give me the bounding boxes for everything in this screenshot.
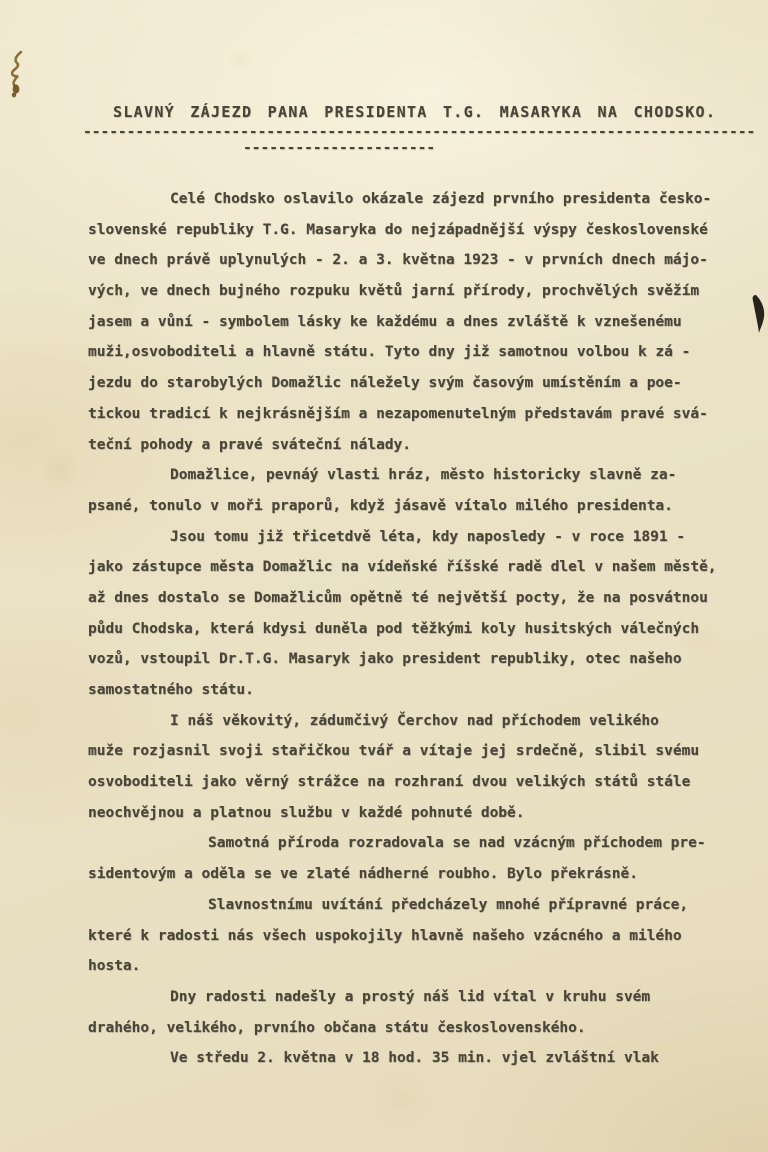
text-line: teční pohody a pravé sváteční nálady. xyxy=(88,430,748,461)
text-line: které k radosti nás všech uspokojily hla… xyxy=(88,921,748,952)
text-line: Jsou tomu již třicetdvě léta, kdy naposl… xyxy=(88,522,748,553)
text-line: Samotná příroda rozradovala se nad vzácn… xyxy=(88,828,748,859)
text-line: muže rozjasnil svoji stařičkou tvář a ví… xyxy=(88,736,748,767)
text-line: až dnes dostalo se Domažlicům opětně té … xyxy=(88,583,748,614)
text-line: jako zástupce města Domažlic na vídeňské… xyxy=(88,552,748,583)
document-title: SLAVNÝ ZÁJEZD PANA PRESIDENTA T.G. MASAR… xyxy=(113,103,716,121)
text-line: I náš věkovitý, zádumčivý Čerchov nad př… xyxy=(88,706,748,737)
text-line: Domažlice, pevnáý vlasti hráz, město his… xyxy=(88,460,748,491)
document-body: Celé Chodsko oslavilo okázale zájezd prv… xyxy=(88,184,748,1074)
text-line: jasem a vůní - symbolem lásky ke každému… xyxy=(88,307,748,338)
text-line: půdu Chodska, která kdysi duněla pod těž… xyxy=(88,614,748,645)
edge-stain-mark xyxy=(752,295,768,339)
text-line: jezdu do starobylých Domažlic náležely s… xyxy=(88,368,748,399)
text-line: slovenské republiky T.G. Masaryka do nej… xyxy=(88,215,748,246)
text-line: muži,osvoboditeli a hlavně státu. Tyto d… xyxy=(88,337,748,368)
text-line: drahého, velikého, prvního občana státu … xyxy=(88,1013,748,1044)
ink-squiggle-mark xyxy=(8,50,32,106)
text-line: neochvějnou a platnou službu v každé poh… xyxy=(88,798,748,829)
text-line: Slavnostnímu uvítání předcházely mnohé p… xyxy=(88,890,748,921)
text-line: sidentovým a oděla se ve zlaté nádherné … xyxy=(88,859,748,890)
text-line: Ve středu 2. května v 18 hod. 35 min. vj… xyxy=(88,1043,748,1074)
text-line: Celé Chodsko oslavilo okázale zájezd prv… xyxy=(88,184,748,215)
text-line: psané, tonulo v moři praporů, když jásav… xyxy=(88,491,748,522)
text-line: osvoboditeli jako věrný strážce na rozhr… xyxy=(88,767,748,798)
text-line: vozů, vstoupil Dr.T.G. Masaryk jako pres… xyxy=(88,644,748,675)
typewritten-document-page: SLAVNÝ ZÁJEZD PANA PRESIDENTA T.G. MASAR… xyxy=(0,0,768,1152)
text-line: hosta. xyxy=(88,951,748,982)
title-underline-short: ---------------------- xyxy=(243,140,435,156)
text-line: samostatného státu. xyxy=(88,675,748,706)
text-line: Dny radosti nadešly a prostý náš lid vít… xyxy=(88,982,748,1013)
text-line: vých, ve dnech bujného rozpuku květů jar… xyxy=(88,276,748,307)
text-line: ve dnech právě uplynulých - 2. a 3. květ… xyxy=(88,245,748,276)
title-underline: ----------------------------------------… xyxy=(83,124,755,140)
text-line: tickou tradicí k nejkrásnějším a nezapom… xyxy=(88,399,748,430)
